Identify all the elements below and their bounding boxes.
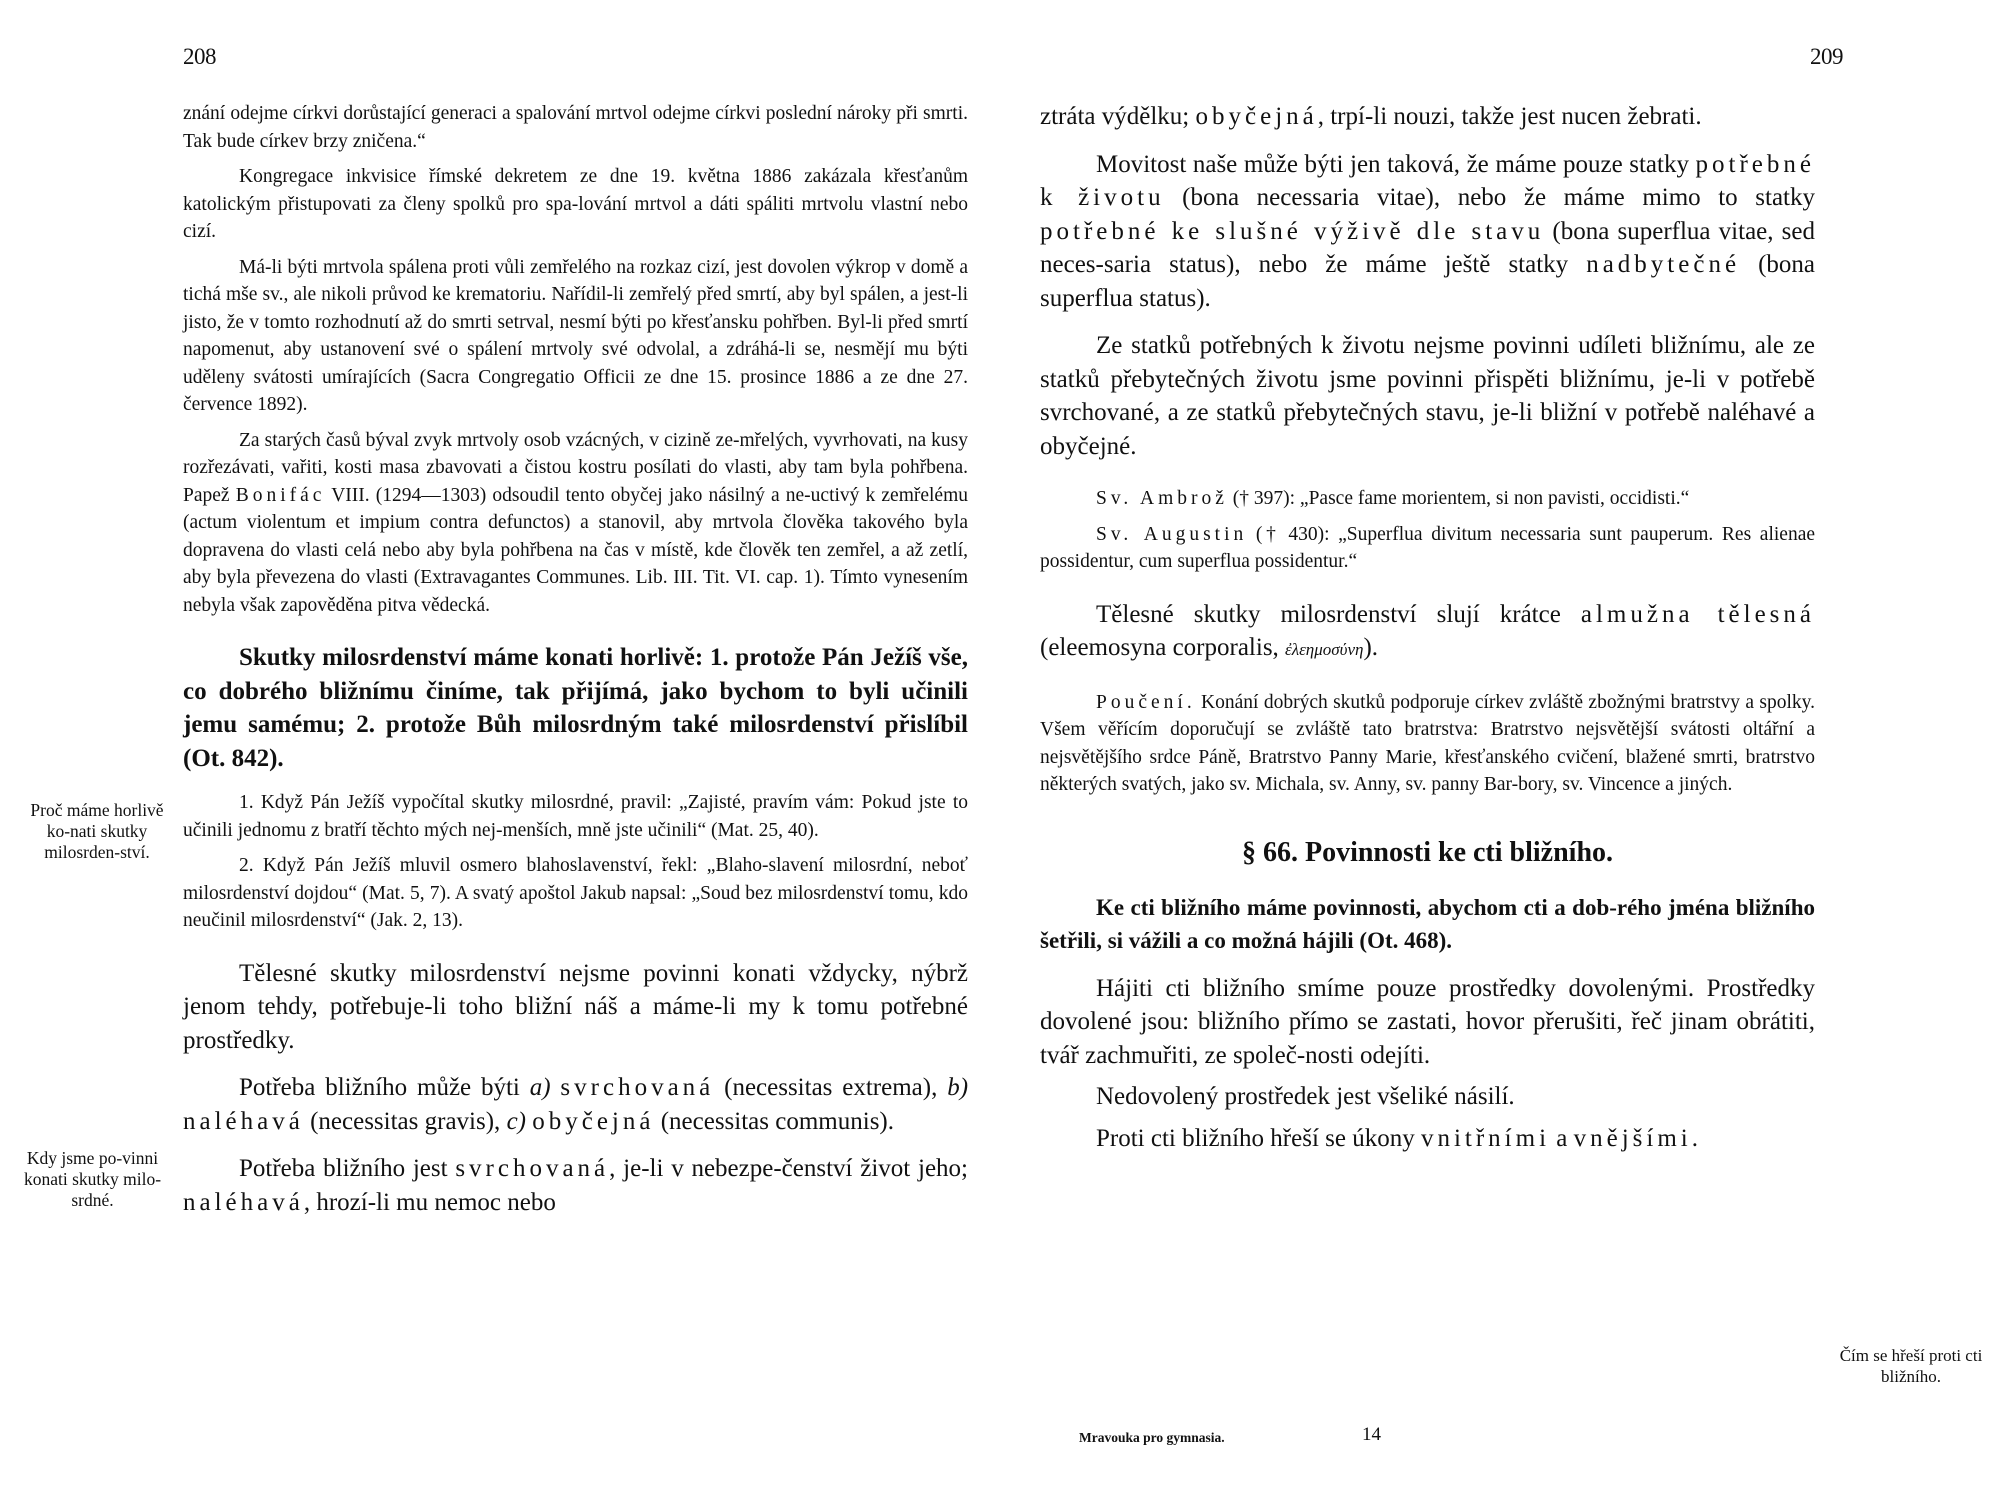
text: (necessitas extrema), xyxy=(714,1074,947,1101)
text: Tělesné skutky milosrdenství slují krátc… xyxy=(1096,601,1581,628)
paragraph: Má-li býti mrtvola spálena proti vůli ze… xyxy=(183,254,968,419)
term: svrchovaná xyxy=(455,1155,609,1182)
paragraph: ztráta výdělku; obyčejná, trpí-li nouzi,… xyxy=(1040,100,1815,134)
rule: Tělesné skutky milosrdenství nejsme povi… xyxy=(183,957,968,1058)
right-text-column: ztráta výdělku; obyčejná, trpí-li nouzi,… xyxy=(1040,100,1815,1155)
text: (necessitas communis). xyxy=(654,1108,894,1135)
text: . xyxy=(1692,1125,1698,1152)
term: vnitřními xyxy=(1421,1125,1550,1152)
paragraph: Hájiti cti bližního smíme pouze prostřed… xyxy=(1040,972,1815,1073)
text: (necessitas gravis), xyxy=(304,1108,507,1135)
text: Proti cti bližního hřeší se úkony xyxy=(1096,1125,1421,1152)
left-text-column: znání odejme církvi dorůstající generaci… xyxy=(183,100,968,1219)
label: a) xyxy=(530,1074,551,1101)
greek-word: ἐλεημοσύνη xyxy=(1285,640,1363,659)
text: Movitost naše může býti jen taková, že m… xyxy=(1096,151,1696,178)
term: vnějšími xyxy=(1574,1125,1692,1152)
margin-note: Kdy jsme po-vinni konati skutky milo-srd… xyxy=(10,1148,175,1211)
page-number: 209 xyxy=(1810,44,1843,70)
term: nadbytečné xyxy=(1586,251,1740,278)
term: svrchovaná xyxy=(560,1074,714,1101)
paragraph: Ze statků potřebných k životu nejsme pov… xyxy=(1040,329,1815,463)
paragraph: 1. Když Pán Ježíš vypočítal skutky milos… xyxy=(183,789,968,844)
text: Potřeba bližního může býti xyxy=(239,1074,530,1101)
text: , trpí-li nouzi, takže jest nucen žebrat… xyxy=(1318,103,1702,130)
text: , hrozí-li mu nemoc nebo xyxy=(304,1189,556,1216)
label: b) xyxy=(947,1074,968,1101)
quote-ambroz: Sv. Ambrož († 397): „Pasce fame moriente… xyxy=(1040,485,1815,513)
footer-title: Mravouka pro gymnasia. xyxy=(1079,1430,1225,1446)
term: obyčejná xyxy=(1196,103,1318,130)
rule-bold: Skutky milosrdenství máme konati horlivě… xyxy=(183,641,968,775)
left-page: 208 znání odejme církvi dorůstající gene… xyxy=(0,0,996,1500)
page-number: 208 xyxy=(183,44,216,70)
paragraph: 2. Když Pán Ježíš mluvil osmero blahosla… xyxy=(183,852,968,935)
paragraph-need-types: Potřeba bližního může býti a) svrchovaná… xyxy=(183,1071,968,1138)
label: Poučení. xyxy=(1096,692,1196,713)
paragraph: Tělesné skutky milosrdenství slují krátc… xyxy=(1040,598,1815,667)
paragraph: Proti cti bližního hřeší se úkony vnitřn… xyxy=(1040,1122,1815,1156)
spaced-name: Bonifác xyxy=(236,485,326,506)
text: (eleemosyna corporalis, xyxy=(1040,634,1285,661)
text: ztráta výdělku; xyxy=(1040,103,1196,130)
term: naléhavá xyxy=(183,1189,304,1216)
label: c) xyxy=(507,1108,526,1135)
section-heading: § 66. Povinnosti ke cti bližního. xyxy=(1040,837,1815,869)
term: obyčejná xyxy=(532,1108,654,1135)
text: († 397): „Pasce fame morientem, si non p… xyxy=(1228,488,1689,509)
text: ). xyxy=(1363,634,1378,661)
paragraph: Movitost naše může býti jen taková, že m… xyxy=(1040,148,1815,316)
signature-mark: 14 xyxy=(1362,1424,1381,1446)
paragraph: Nedovolený prostředek jest všeliké násil… xyxy=(1040,1080,1815,1114)
term: naléhavá xyxy=(183,1108,304,1135)
text: (bona necessaria vitae), nebo že máme mi… xyxy=(1165,184,1815,211)
term: potřebné ke slušné výživě dle stavu xyxy=(1040,218,1544,245)
margin-note: Proč máme horlivě ko-nati skutky milosrd… xyxy=(22,800,172,863)
paragraph: znání odejme církvi dorůstající generaci… xyxy=(183,100,968,155)
text: , je-li v nebezpe-čenství život jeho; xyxy=(609,1155,968,1182)
paragraph-boniface: Za starých časů býval zvyk mrtvoly osob … xyxy=(183,427,968,620)
term: almužna tělesná xyxy=(1581,601,1815,628)
pouceni: Poučení. Konání dobrých skutků podporuje… xyxy=(1040,689,1815,799)
paragraph: Kongregace inkvisice římské dekretem ze … xyxy=(183,163,968,246)
text: a xyxy=(1550,1125,1574,1152)
section-lead: Ke cti bližního máme povinnosti, abychom… xyxy=(1040,891,1815,958)
quote-augustin: Sv. Augustin († 430): „Superflua divitum… xyxy=(1040,521,1815,576)
margin-note: Čím se hřeší proti cti bližního. xyxy=(1836,1345,1986,1387)
author: Sv. Ambrož xyxy=(1096,488,1228,509)
text: Potřeba bližního jest xyxy=(239,1155,455,1182)
author: Sv. Augustin xyxy=(1096,524,1247,545)
right-page: 209 ztráta výdělku; obyčejná, trpí-li no… xyxy=(996,0,1992,1500)
paragraph-need-def: Potřeba bližního jest svrchovaná, je-li … xyxy=(183,1152,968,1219)
